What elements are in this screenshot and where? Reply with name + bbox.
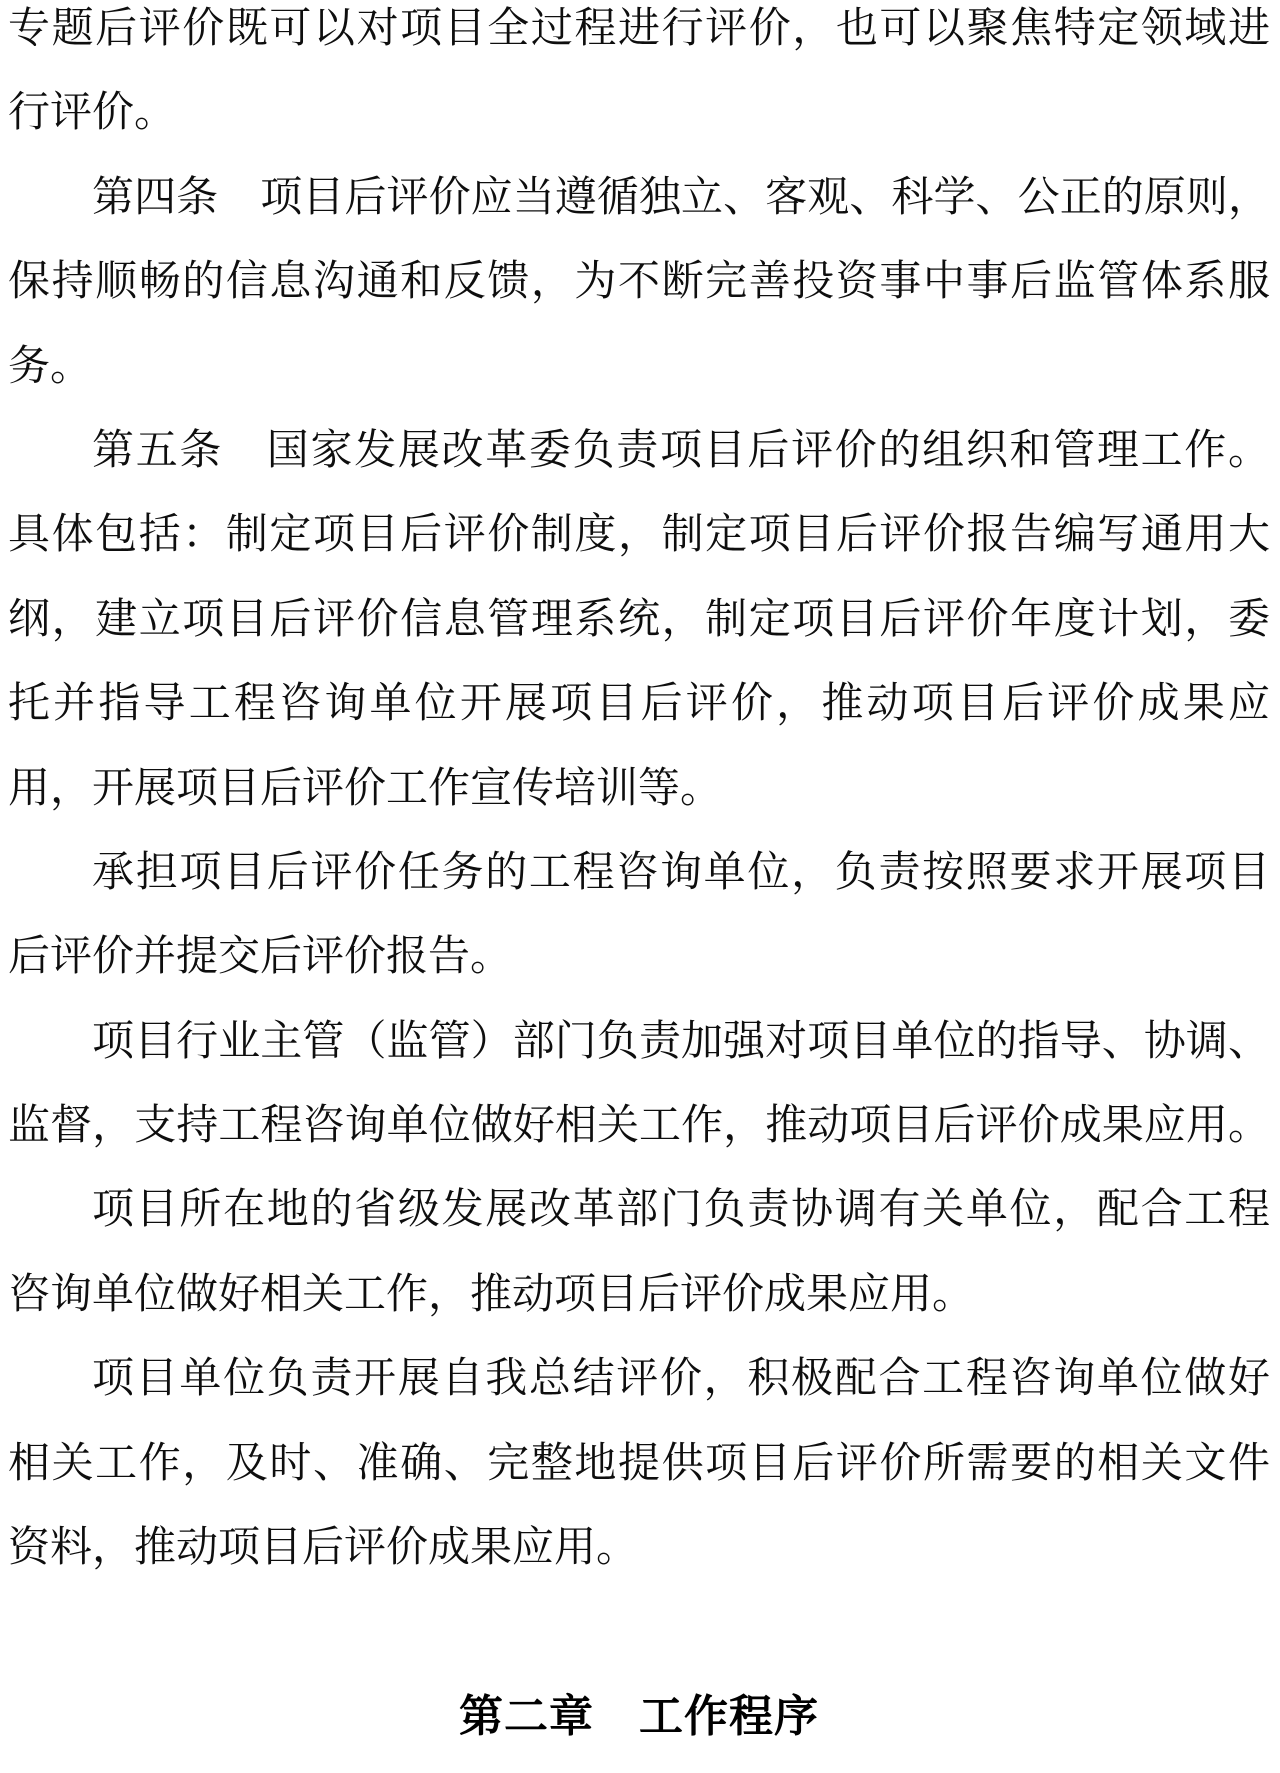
document-page: 专题后评价既可以对项目全过程进行评价，也可以聚焦特定领域进行评价。第四条 项目后… bbox=[0, 0, 1280, 1759]
chapter-heading: 第二章 工作程序 bbox=[8, 1675, 1270, 1759]
text-line: 项目所在地的省级发展改革部门负责协调有关单位，配合工程 bbox=[8, 1168, 1270, 1252]
text-line: 第四条 项目后评价应当遵循独立、客观、科学、公正的原则， bbox=[8, 156, 1270, 240]
text-line: 第五条 国家发展改革委负责项目后评价的组织和管理工作。 bbox=[8, 409, 1270, 493]
text-line: 务。 bbox=[8, 325, 1270, 409]
text-line: 后评价并提交后评价报告。 bbox=[8, 915, 1270, 999]
text-line: 项目行业主管（监管）部门负责加强对项目单位的指导、协调、 bbox=[8, 1000, 1270, 1084]
text-line: 纲，建立项目后评价信息管理系统，制定项目后评价年度计划，委 bbox=[8, 578, 1270, 662]
text-line: 专题后评价既可以对项目全过程进行评价，也可以聚焦特定领域进 bbox=[8, 0, 1270, 71]
text-line: 相关工作，及时、准确、完整地提供项目后评价所需要的相关文件 bbox=[8, 1422, 1270, 1506]
text-line: 咨询单位做好相关工作，推动项目后评价成果应用。 bbox=[8, 1253, 1270, 1337]
body-text: 专题后评价既可以对项目全过程进行评价，也可以聚焦特定领域进行评价。第四条 项目后… bbox=[8, 0, 1270, 1590]
text-line: 用，开展项目后评价工作宣传培训等。 bbox=[8, 747, 1270, 831]
text-line: 保持顺畅的信息沟通和反馈，为不断完善投资事中事后监管体系服 bbox=[8, 240, 1270, 324]
text-line: 资料，推动项目后评价成果应用。 bbox=[8, 1506, 1270, 1590]
text-line: 承担项目后评价任务的工程咨询单位，负责按照要求开展项目 bbox=[8, 831, 1270, 915]
text-line: 监督，支持工程咨询单位做好相关工作，推动项目后评价成果应用。 bbox=[8, 1084, 1270, 1168]
text-line: 项目单位负责开展自我总结评价，积极配合工程咨询单位做好 bbox=[8, 1337, 1270, 1421]
text-line: 托并指导工程咨询单位开展项目后评价，推动项目后评价成果应 bbox=[8, 662, 1270, 746]
text-line: 行评价。 bbox=[8, 71, 1270, 155]
text-line: 具体包括：制定项目后评价制度，制定项目后评价报告编写通用大 bbox=[8, 493, 1270, 577]
